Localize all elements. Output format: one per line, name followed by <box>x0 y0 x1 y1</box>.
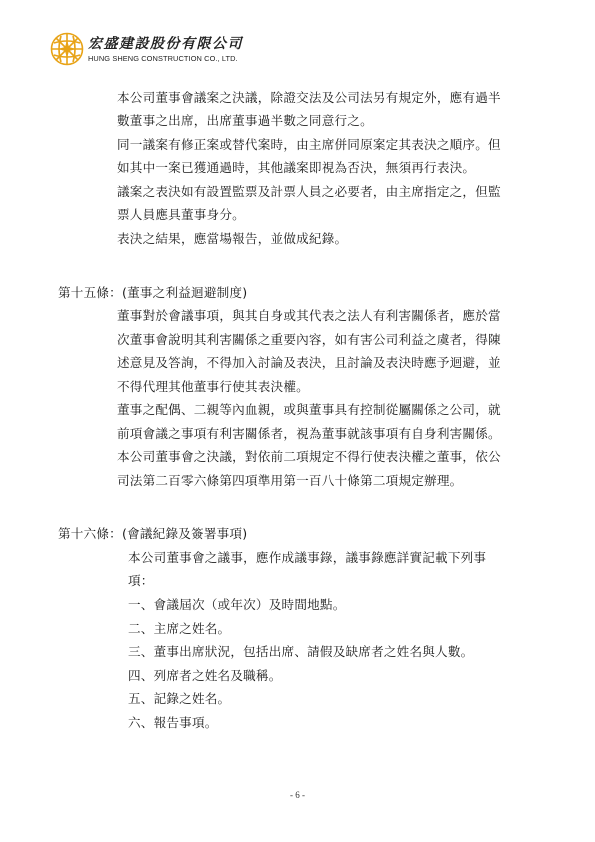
body-line: 票人員應具董事身分。 <box>117 207 245 223</box>
body-line: 本公司董事會之議事，應作成議事錄，議事錄應詳實記載下列事 <box>128 550 486 566</box>
body-line: 次董事會說明其利害關係之重要內容，如有害公司利益之虞者，得陳 <box>117 332 501 348</box>
list-item: 四、列席者之姓名及職稱。 <box>128 668 282 684</box>
letterhead: 宏盛建設股份有限公司 HUNG SHENG CONSTRUCTION CO., … <box>50 30 270 70</box>
body-line: 董事之配偶、二親等內血親，或與董事具有控制從屬關係之公司，就 <box>117 402 501 418</box>
article-15-title: 第十五條：(董事之利益迴避制度) <box>58 285 247 301</box>
body-line: 如其中一案已獲通過時，其他議案即視為否決，無須再行表決。 <box>117 160 475 176</box>
body-line: 表決之結果，應當場報告，並做成紀錄。 <box>117 231 347 247</box>
company-name-chinese: 宏盛建設股份有限公司 <box>88 33 243 53</box>
body-line: 司法第二百零六條第四項準用第一百八十條第二項規定辦理。 <box>117 473 462 489</box>
article-16-title: 第十六條：(會議紀錄及簽署事項) <box>58 526 247 542</box>
body-line: 項： <box>128 573 154 589</box>
list-item: 六、報告事項。 <box>128 715 218 731</box>
body-line: 議案之表決如有設置監票及計票人員之必要者，由主席指定之，但監 <box>117 184 501 200</box>
company-name-english: HUNG SHENG CONSTRUCTION CO., LTD. <box>88 54 238 63</box>
list-item: 五、記錄之姓名。 <box>128 691 230 707</box>
body-line: 不得代理其他董事行使其表決權。 <box>117 379 309 395</box>
body-line: 董事對於會議事項，與其自身或其代表之法人有利害關係者，應於當 <box>117 308 501 324</box>
body-line: 數董事之出席，出席董事過半數之同意行之。 <box>117 113 373 129</box>
list-item: 一、會議屆次（或年次）及時間地點。 <box>128 597 346 613</box>
body-line: 前項會議之事項有利害關係者，視為董事就該事項有自身利害關係。 <box>117 426 501 442</box>
list-item: 二、主席之姓名。 <box>128 621 230 637</box>
body-line: 述意見及答詢，不得加入討論及表決，且討論及表決時應予迴避，並 <box>117 355 501 371</box>
body-line: 本公司董事會議案之決議，除證交法及公司法另有規定外，應有過半 <box>117 90 501 106</box>
page-number: - 6 - <box>0 790 595 800</box>
body-line: 本公司董事會之決議，對依前二項規定不得行使表決權之董事，依公 <box>117 449 501 465</box>
hung-sheng-compass-logo-icon <box>50 32 84 66</box>
list-item: 三、董事出席狀況，包括出席、請假及缺席者之姓名與人數。 <box>128 644 473 660</box>
body-line: 同一議案有修正案或替代案時，由主席併同原案定其表決之順序。但 <box>117 137 501 153</box>
